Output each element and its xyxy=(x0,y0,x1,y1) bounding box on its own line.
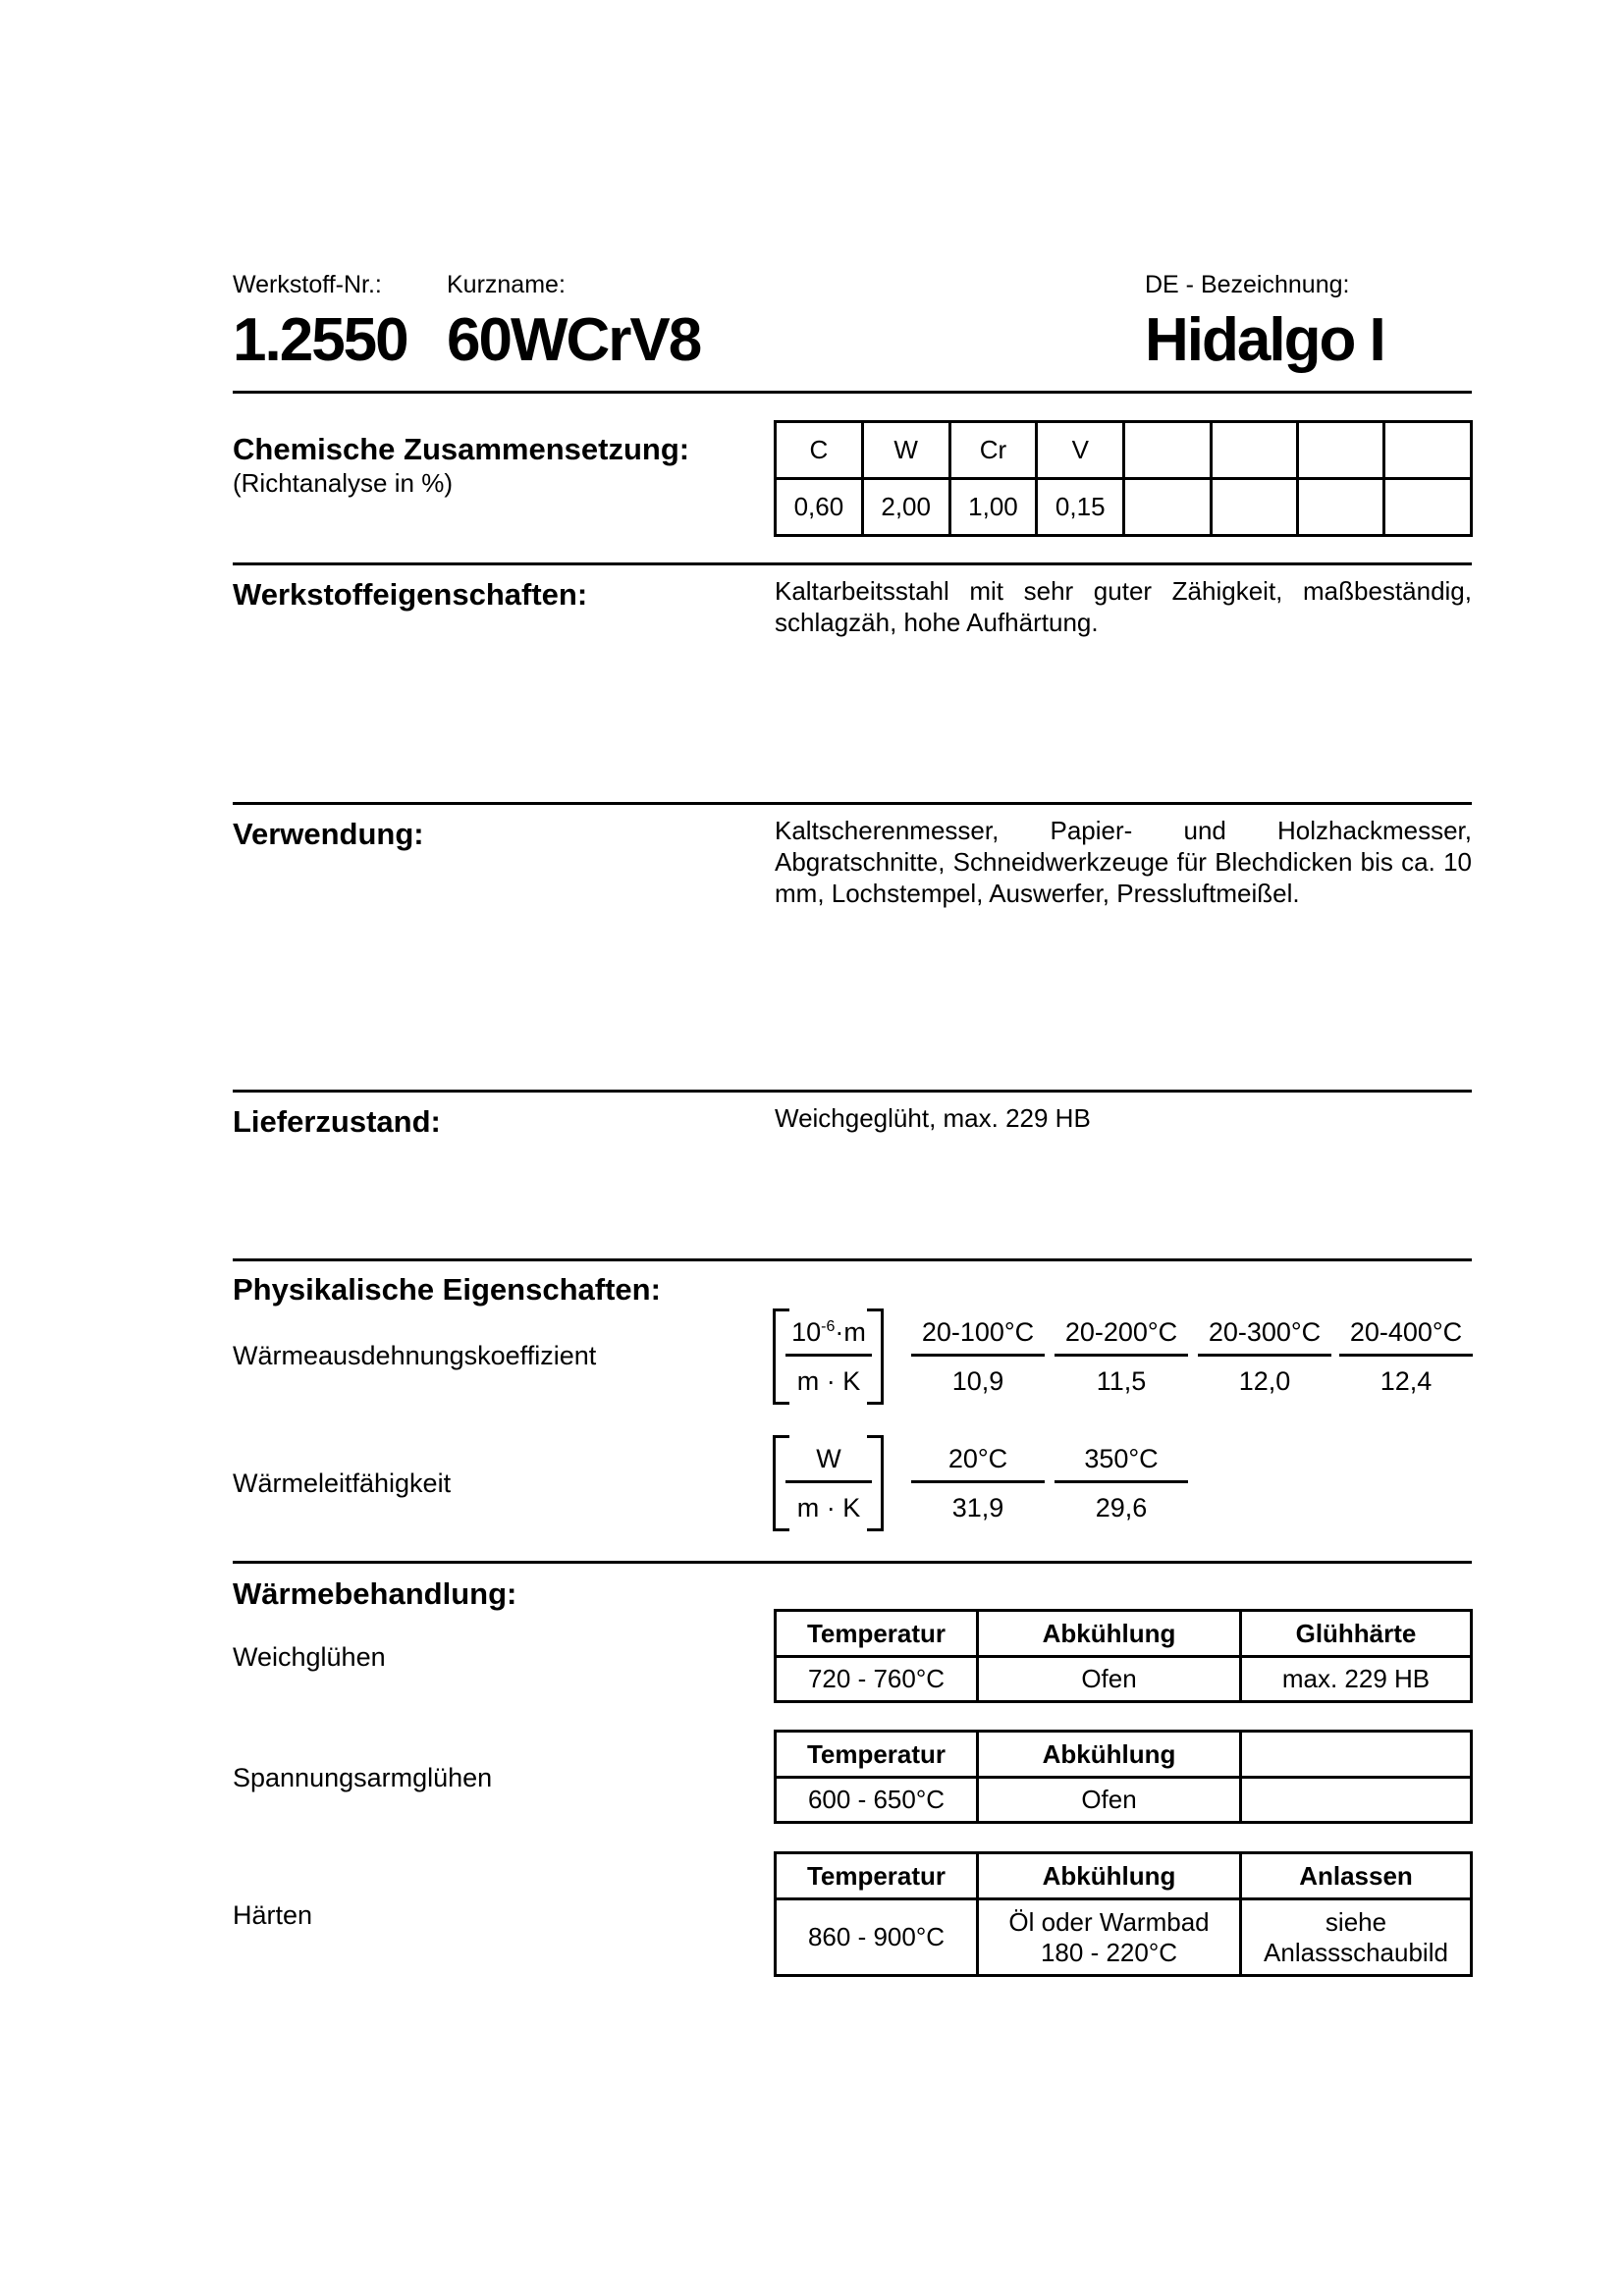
header-cell: Temperatur xyxy=(776,1853,978,1899)
value-cell: 2,00 xyxy=(862,479,949,536)
header-cell xyxy=(1241,1732,1472,1778)
kurzname-label: Kurzname: xyxy=(447,273,566,297)
expansion-col: 20-100°C 10,9 xyxy=(911,1310,1045,1402)
chemistry-title: Chemische Zusammensetzung: xyxy=(233,434,689,464)
header-row: Temperatur Abkühlung Glühhärte xyxy=(776,1611,1472,1657)
conductivity-col: 20°C 31,9 xyxy=(911,1437,1045,1528)
element-cell: C xyxy=(776,422,863,479)
value-row: 720 - 760°C Ofen max. 229 HB xyxy=(776,1657,1472,1702)
value-cell: Ofen xyxy=(978,1657,1241,1702)
element-row: C W Cr V xyxy=(776,422,1472,479)
weichgluehen-table: Temperatur Abkühlung Glühhärte 720 - 760… xyxy=(774,1609,1473,1703)
chemistry-table: C W Cr V 0,60 2,00 1,00 0,15 xyxy=(774,420,1473,537)
value-cell: 0,60 xyxy=(776,479,863,536)
value-cell xyxy=(1124,479,1211,536)
header-cell: Abkühlung xyxy=(978,1853,1241,1899)
usage-text: Kaltscherenmesser, Papier- und Holzhackm… xyxy=(775,815,1472,909)
value: 31,9 xyxy=(911,1483,1045,1528)
value-cell xyxy=(1298,479,1384,536)
value-cell xyxy=(1384,479,1472,536)
value-cell: sieheAnlassschaubild xyxy=(1241,1899,1472,1976)
properties-text: Kaltarbeitsstahl mit sehr guter Zähigkei… xyxy=(775,575,1472,638)
werkstoff-nr-value: 1.2550 xyxy=(233,310,407,371)
unit-exponent: -6 xyxy=(821,1318,835,1335)
heat-treatment-title: Wärmebehandlung: xyxy=(233,1578,516,1609)
value-row: 0,60 2,00 1,00 0,15 xyxy=(776,479,1472,536)
weichgluehen-label: Weichglühen xyxy=(233,1644,386,1671)
expansion-col: 20-400°C 12,4 xyxy=(1339,1310,1473,1402)
header-cell: Abkühlung xyxy=(978,1732,1241,1778)
section-divider xyxy=(233,562,1472,565)
element-cell: Cr xyxy=(949,422,1037,479)
unit-denominator: m · K xyxy=(785,1357,872,1402)
expansion-col: 20-300°C 12,0 xyxy=(1198,1310,1331,1402)
element-cell xyxy=(1211,422,1297,479)
value: 29,6 xyxy=(1055,1483,1188,1528)
header-row: Temperatur Abkühlung Anlassen xyxy=(776,1853,1472,1899)
value-cell: 600 - 650°C xyxy=(776,1778,978,1823)
header-cell: Abkühlung xyxy=(978,1611,1241,1657)
value-cell xyxy=(1211,479,1297,536)
header-cell: Temperatur xyxy=(776,1732,978,1778)
unit-denominator: m · K xyxy=(785,1483,872,1528)
range: 20-100°C xyxy=(911,1310,1045,1354)
expansion-col: 20-200°C 11,5 xyxy=(1055,1310,1188,1402)
conductivity-label: Wärmeleitfähigkeit xyxy=(233,1470,451,1497)
value-line: 180 - 220°C xyxy=(1041,1938,1177,1967)
section-divider xyxy=(233,1090,1472,1093)
range: 20-300°C xyxy=(1198,1310,1331,1354)
unit-numerator: W xyxy=(785,1437,872,1480)
delivery-title: Lieferzustand: xyxy=(233,1106,441,1137)
value-cell: Ofen xyxy=(978,1778,1241,1823)
value-cell xyxy=(1241,1778,1472,1823)
chemistry-subtitle: (Richtanalyse in %) xyxy=(233,470,453,496)
value-line: 860 - 900°C xyxy=(808,1922,945,1951)
value-line: siehe xyxy=(1325,1907,1386,1937)
spannungsarmgluehen-label: Spannungsarmglühen xyxy=(233,1765,492,1791)
value-cell: Öl oder Warmbad180 - 220°C xyxy=(978,1899,1241,1976)
value-line: Anlassschaubild xyxy=(1264,1938,1448,1967)
element-cell: W xyxy=(862,422,949,479)
value: 12,4 xyxy=(1339,1357,1473,1402)
kurzname-value: 60WCrV8 xyxy=(447,310,700,371)
element-cell: V xyxy=(1037,422,1124,479)
temperature: 20°C xyxy=(911,1437,1045,1480)
header-cell: Anlassen xyxy=(1241,1853,1472,1899)
value-cell: 1,00 xyxy=(949,479,1037,536)
section-divider xyxy=(233,1258,1472,1261)
header-cell: Temperatur xyxy=(776,1611,978,1657)
spannungsarmgluehen-table: Temperatur Abkühlung 600 - 650°C Ofen xyxy=(774,1730,1473,1824)
value-row: 600 - 650°C Ofen xyxy=(776,1778,1472,1823)
usage-title: Verwendung: xyxy=(233,819,424,849)
header-divider xyxy=(233,391,1472,394)
range: 20-200°C xyxy=(1055,1310,1188,1354)
physical-title: Physikalische Eigenschaften: xyxy=(233,1274,661,1305)
range: 20-400°C xyxy=(1339,1310,1473,1354)
value-cell: 0,15 xyxy=(1037,479,1124,536)
section-divider xyxy=(233,802,1472,805)
header-cell: Glühhärte xyxy=(1241,1611,1472,1657)
delivery-text: Weichgeglüht, max. 229 HB xyxy=(775,1102,1472,1134)
expansion-unit: 10-6·m m · K xyxy=(785,1310,872,1402)
header-row: Temperatur Abkühlung xyxy=(776,1732,1472,1778)
value-cell: max. 229 HB xyxy=(1241,1657,1472,1702)
element-cell xyxy=(1384,422,1472,479)
section-divider xyxy=(233,1561,1472,1564)
value-cell: 720 - 760°C xyxy=(776,1657,978,1702)
expansion-label: Wärmeausdehnungskoeffizient xyxy=(233,1343,596,1369)
de-bezeichnung-label: DE - Bezeichnung: xyxy=(1145,273,1349,297)
value-cell: 860 - 900°C xyxy=(776,1899,978,1976)
element-cell xyxy=(1298,422,1384,479)
temperature: 350°C xyxy=(1055,1437,1188,1480)
haerten-table: Temperatur Abkühlung Anlassen 860 - 900°… xyxy=(774,1851,1473,1977)
value: 12,0 xyxy=(1198,1357,1331,1402)
value-line: Öl oder Warmbad xyxy=(1008,1907,1209,1937)
value-row: 860 - 900°C Öl oder Warmbad180 - 220°C s… xyxy=(776,1899,1472,1976)
werkstoff-nr-label: Werkstoff-Nr.: xyxy=(233,273,382,297)
conductivity-unit: W m · K xyxy=(785,1437,872,1528)
haerten-label: Härten xyxy=(233,1902,312,1929)
element-cell xyxy=(1124,422,1211,479)
unit-base: 10 xyxy=(791,1317,821,1347)
value: 11,5 xyxy=(1055,1357,1188,1402)
conductivity-col: 350°C 29,6 xyxy=(1055,1437,1188,1528)
value: 10,9 xyxy=(911,1357,1045,1402)
unit-tail: ·m xyxy=(835,1317,865,1347)
properties-title: Werkstoffeigenschaften: xyxy=(233,579,587,610)
de-bezeichnung-value: Hidalgo I xyxy=(1145,310,1384,371)
